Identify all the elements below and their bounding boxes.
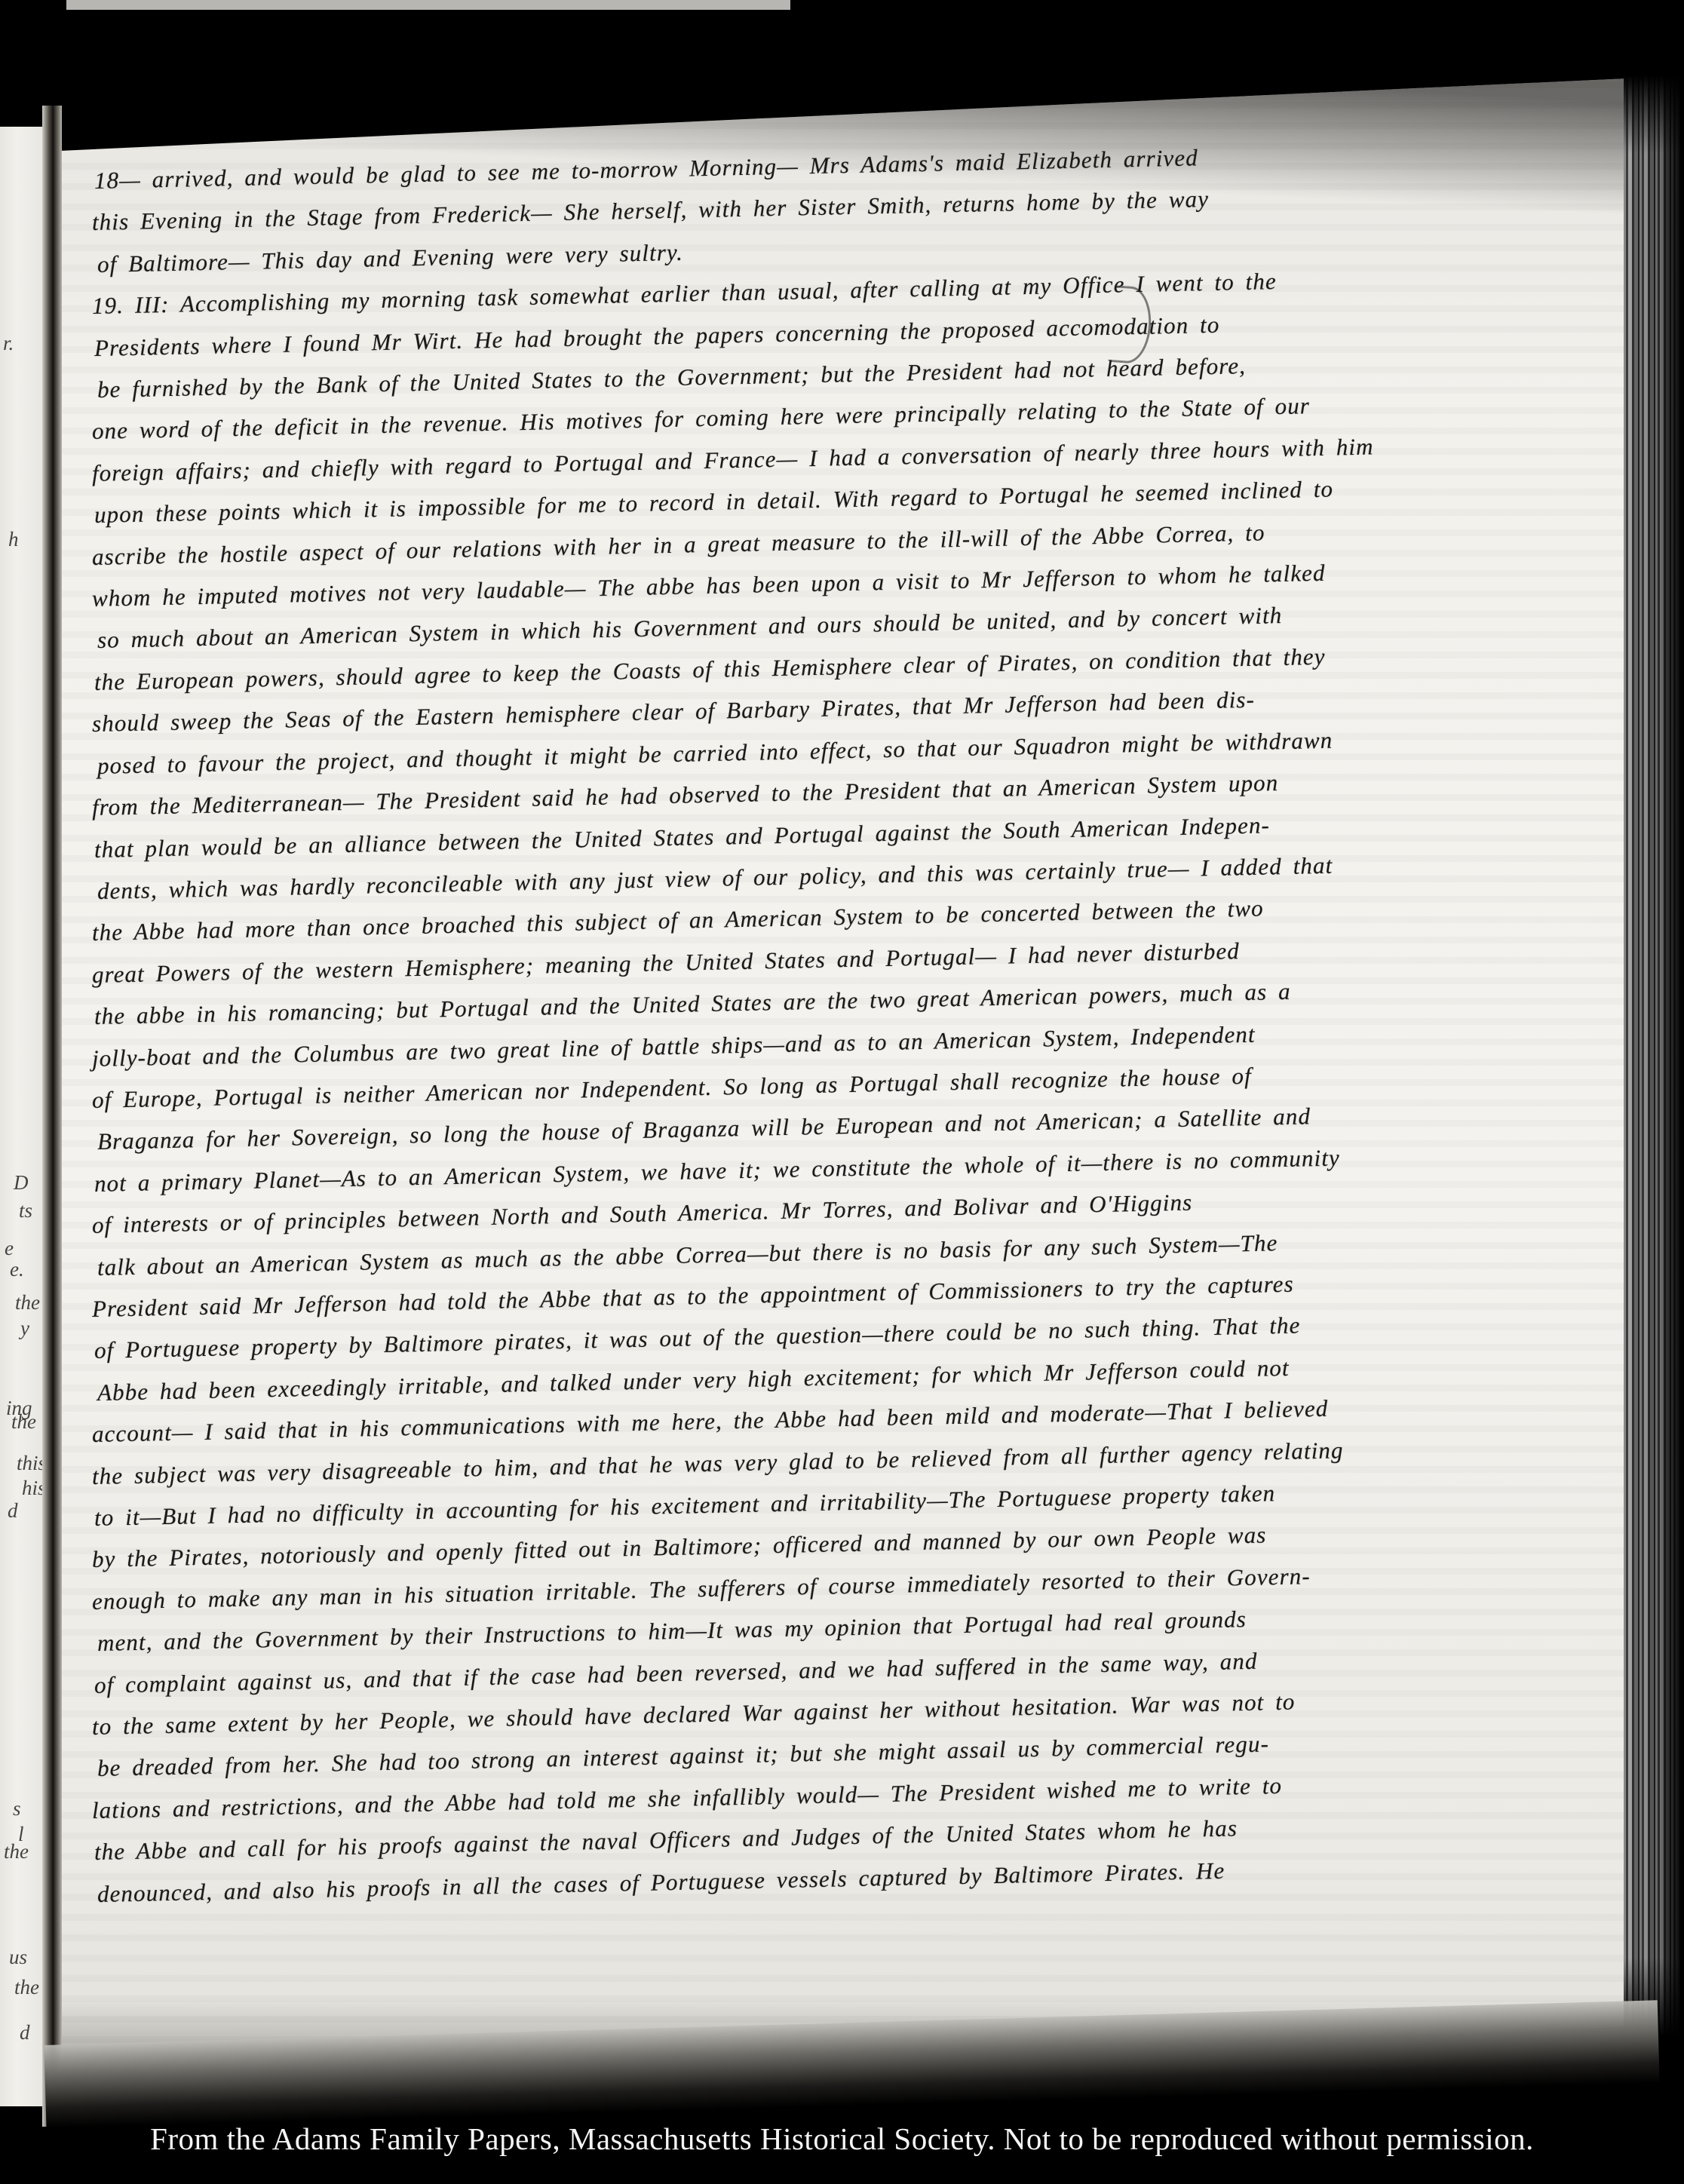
- facing-page-fragment: D: [14, 1171, 29, 1195]
- scanned-diary-page: r.hDtsee.theyingthethishisdsltheusthed S…: [0, 0, 1684, 2184]
- facing-page-fragment: d: [8, 1499, 18, 1523]
- facing-page-fragment: e.: [10, 1258, 24, 1281]
- facing-page-fragment: ts: [19, 1199, 32, 1222]
- photo-edge-sliver: [66, 0, 790, 10]
- facing-page-fragment: h: [8, 528, 19, 551]
- header-underline-rule: [703, 103, 952, 110]
- facing-page-fragment: the: [4, 1840, 29, 1863]
- facing-page-fragment: e: [5, 1237, 14, 1260]
- facing-page-fragment: the: [11, 1410, 36, 1434]
- book-gutter-shadow: [42, 106, 62, 2127]
- facing-page-fragment: the: [14, 1976, 39, 1999]
- credit-line: From the Adams Family Papers, Massachuse…: [0, 2121, 1684, 2157]
- manuscript-lines: 18— arrived, and would be glad to see me…: [92, 160, 1608, 1915]
- facing-page-fragment: y: [20, 1317, 29, 1340]
- book-page-edges: [1624, 75, 1684, 2036]
- facing-page-fragment: us: [9, 1946, 27, 1969]
- facing-page-fragment: s: [13, 1797, 21, 1821]
- facing-page-fragment: r.: [3, 332, 14, 355]
- facing-page-strip: r.hDtsee.theyingthethishisdsltheusthed: [0, 127, 42, 2106]
- manuscript-paper: September 1820. 419. 18— arrived, and wo…: [62, 0, 1624, 2184]
- page-number: 419.: [1352, 35, 1415, 73]
- facing-page-fragment: the: [15, 1291, 40, 1314]
- header-month-year: September 1820.: [707, 41, 958, 87]
- facing-page-fragment: d: [20, 2021, 30, 2044]
